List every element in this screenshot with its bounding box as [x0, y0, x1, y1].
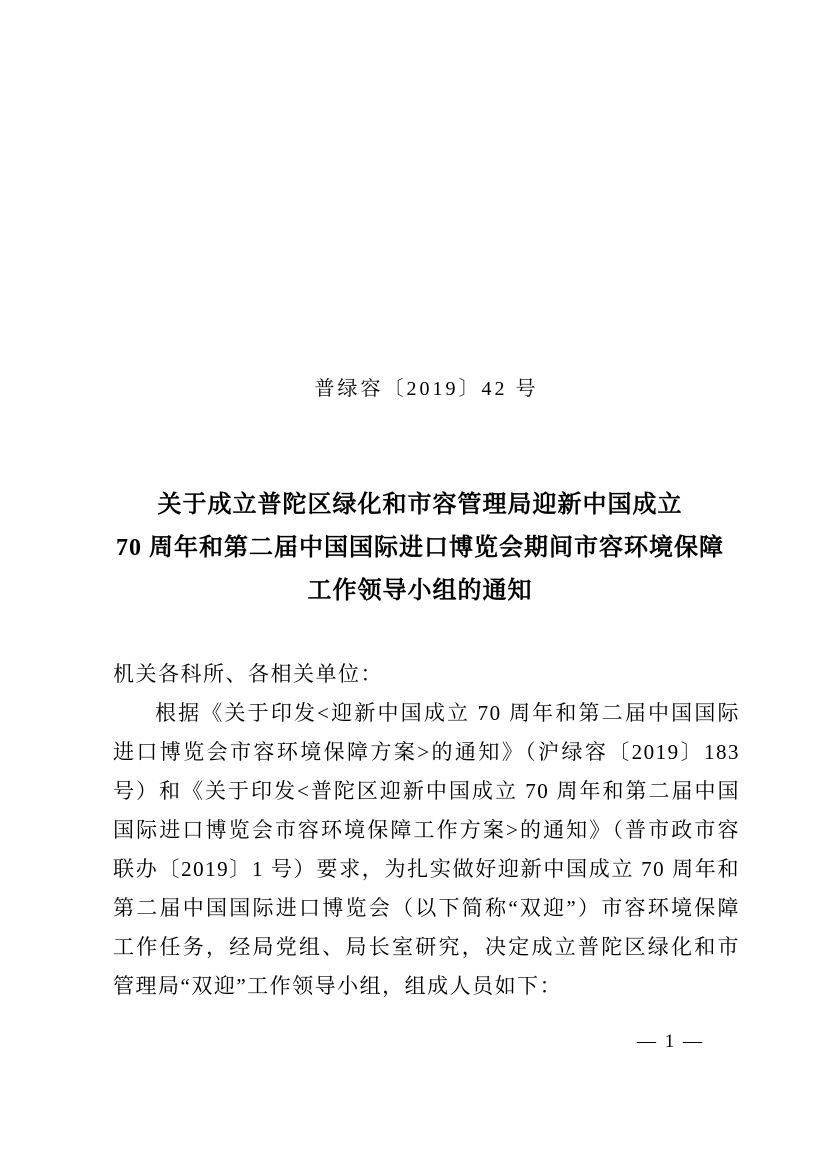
document-title: 关于成立普陀区绿化和市容管理局迎新中国成立 70 周年和第二届中国国际进口博览会…: [93, 484, 747, 613]
body-line-8: 管理局“双迎”工作领导小组，组成人员如下：: [113, 967, 740, 1006]
title-line-1: 关于成立普陀区绿化和市容管理局迎新中国成立: [93, 484, 747, 527]
body-line-1: 根据《关于印发<迎新中国成立 70 周年和第二届中国国际: [113, 694, 740, 733]
body-line-7: 工作任务，经局党组、局长室研究，决定成立普陀区绿化和市容: [113, 928, 740, 967]
document-number: 普绿容〔2019〕42 号: [113, 374, 740, 404]
title-line-2: 70 周年和第二届中国国际进口博览会期间市容环境保障: [93, 527, 747, 570]
body-line-2: 进口博览会市容环境保障方案>的通知》（沪绿容〔2019〕183: [113, 733, 740, 772]
title-line-3: 工作领导小组的通知: [93, 570, 747, 613]
document-body: 机关各科所、各相关单位： 根据《关于印发<迎新中国成立 70 周年和第二届中国国…: [113, 655, 740, 1006]
body-line-6: 第二届中国国际进口博览会（以下简称“双迎”）市容环境保障: [113, 889, 740, 928]
body-line-5: 联办〔2019〕1 号）要求，为扎实做好迎新中国成立 70 周年和: [113, 850, 740, 889]
body-line-3: 号）和《关于印发<普陀区迎新中国成立 70 周年和第二届中国: [113, 772, 740, 811]
salutation-line: 机关各科所、各相关单位：: [113, 655, 740, 694]
page-number: — 1 —: [637, 1028, 704, 1056]
document-page: 普绿容〔2019〕42 号 关于成立普陀区绿化和市容管理局迎新中国成立 70 周…: [0, 0, 826, 1169]
body-line-4: 国际进口博览会市容环境保障工作方案>的通知》（普市政市容: [113, 811, 740, 850]
